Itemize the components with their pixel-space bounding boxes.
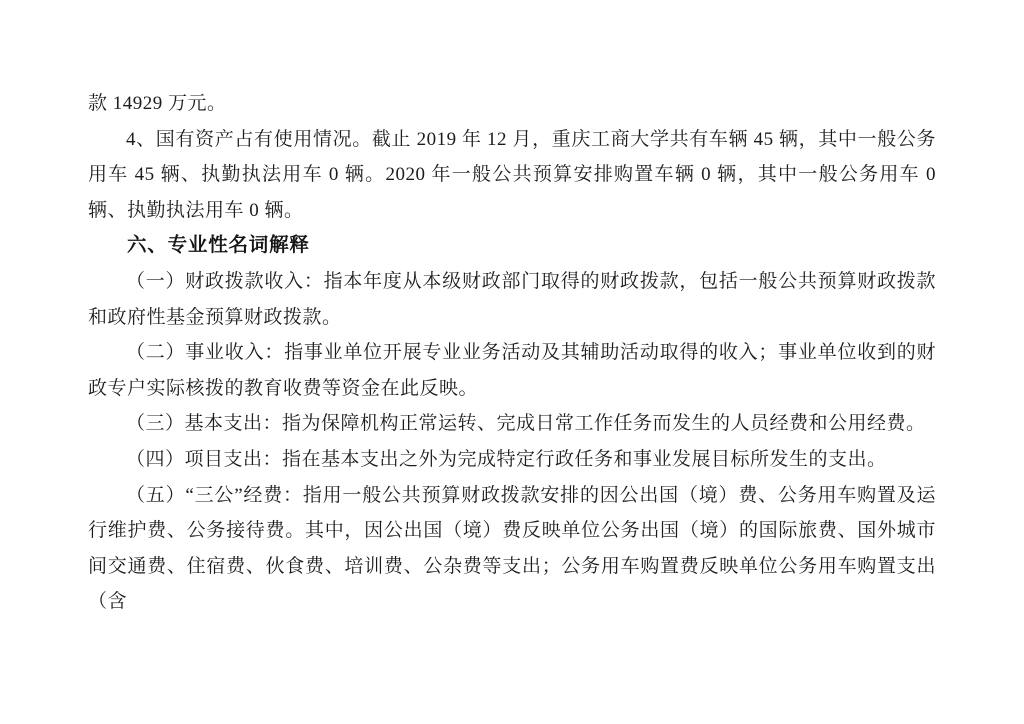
document-page: 款 14929 万元。 4、国有资产占有使用情况。截止 2019 年 12 月，… (0, 0, 1024, 724)
term-definition-basic-expenditure: （三）基本支出：指为保障机构正常运转、完成日常工作任务而发生的人员经费和公用经费… (88, 406, 936, 442)
paragraph-state-assets-usage: 4、国有资产占有使用情况。截止 2019 年 12 月，重庆工商大学共有车辆 4… (88, 122, 936, 229)
term-definition-institutional-income: （二）事业收入：指事业单位开展专业业务活动及其辅助活动取得的收入；事业单位收到的… (88, 335, 936, 406)
document-text-block: 款 14929 万元。 4、国有资产占有使用情况。截止 2019 年 12 月，… (88, 86, 936, 620)
section-heading-terminology: 六、专业性名词解释 (88, 228, 936, 264)
paragraph-carryover-continuation: 款 14929 万元。 (88, 86, 936, 122)
term-definition-project-expenditure: （四）项目支出：指在基本支出之外为完成特定行政任务和事业发展目标所发生的支出。 (88, 442, 936, 478)
term-definition-three-public-expenses: （五）“三公”经费：指用一般公共预算财政拨款安排的因公出国（境）费、公务用车购置… (88, 478, 936, 620)
term-definition-fiscal-appropriation-income: （一）财政拨款收入：指本年度从本级财政部门取得的财政拨款，包括一般公共预算财政拨… (88, 264, 936, 335)
